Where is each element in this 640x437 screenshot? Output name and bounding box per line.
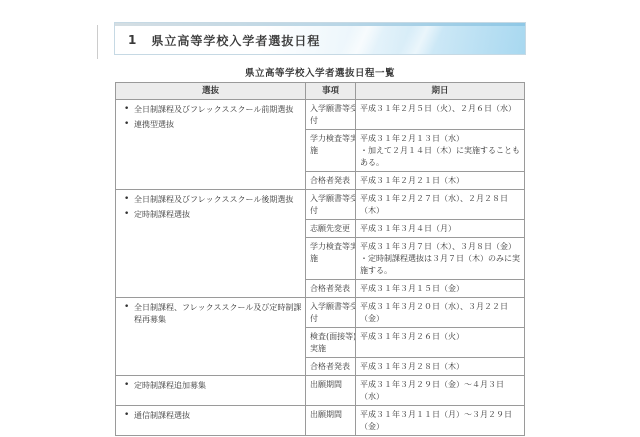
item-cell: 学力検査等実 施 — [306, 130, 356, 172]
bullet-icon: • — [124, 118, 129, 130]
date-cell: 平成３１年３月２８日（木） — [356, 358, 525, 376]
selection-label: 全日制課程及びフレックススクール前期選抜 — [134, 105, 293, 114]
item-cell: 出願期間 — [306, 406, 356, 436]
bullet-icon: • — [124, 379, 129, 391]
selection-label: 全日制課程及びフレックススクール後期選抜 — [134, 195, 293, 204]
table-row: •通信制課程選抜 出願期間 平成３１年３月１１日（月）～３月２９日 （金） — [116, 406, 525, 436]
table-row: •全日制課程、フレックススクール及び定時制課 程再募集 入学願書等受 付 平成３… — [116, 298, 525, 328]
header-selection: 選抜 — [116, 83, 306, 100]
item-cell: 入学願書等受 付 — [306, 100, 356, 130]
bullet-icon: • — [124, 193, 129, 205]
selection-cell: •全日制課程、フレックススクール及び定時制課 程再募集 — [116, 298, 306, 376]
date-cell: 平成３１年３月２９日（金）～４月３日 （水） — [356, 376, 525, 406]
item-cell: 合格者発表 — [306, 358, 356, 376]
selection-label: 定時制課程選抜 — [134, 210, 190, 219]
item-cell: 合格者発表 — [306, 172, 356, 190]
selection-label: 連携型選抜 — [134, 120, 174, 129]
date-cell: 平成３１年３月２０日（水）、３月２２日 （金） — [356, 298, 525, 328]
bullet-icon: • — [124, 208, 129, 220]
item-cell: 検査(面接等) 実施 — [306, 328, 356, 358]
selection-label: 全日制課程、フレックススクール及び定時制課 程再募集 — [134, 303, 301, 324]
selection-label: 定時制課程追加募集 — [134, 381, 206, 390]
date-cell: 平成３１年２月２１日（木） — [356, 172, 525, 190]
item-cell: 学力検査等実 施 — [306, 238, 356, 280]
selection-list-item: •定時制課程追加募集 — [121, 380, 303, 392]
table-caption: 県立高等学校入学者選抜日程一覧 — [0, 65, 640, 79]
selection-cell: •全日制課程及びフレックススクール後期選抜 •定時制課程選抜 — [116, 190, 306, 298]
table-row: •全日制課程及びフレックススクール後期選抜 •定時制課程選抜 入学願書等受 付 … — [116, 190, 525, 220]
item-cell: 志願先変更 — [306, 220, 356, 238]
section-title: 県立高等学校入学者選抜日程 — [151, 32, 320, 49]
table-row: •定時制課程追加募集 出願期間 平成３１年３月２９日（金）～４月３日 （水） — [116, 376, 525, 406]
item-cell: 合格者発表 — [306, 280, 356, 298]
date-cell: 平成３１年３月４日（月） — [356, 220, 525, 238]
selection-list-item: •定時制課程選抜 — [121, 209, 303, 221]
selection-list-item: •連携型選抜 — [121, 119, 303, 131]
selection-cell: •定時制課程追加募集 — [116, 376, 306, 406]
selection-list-item: •全日制課程、フレックススクール及び定時制課 程再募集 — [121, 302, 303, 326]
selection-list-item: •全日制課程及びフレックススクール前期選抜 — [121, 104, 303, 116]
date-cell: 平成３１年３月７日（木）、３月８日（金） ・定時制課程選抜は３月７日（木）のみに… — [356, 238, 525, 280]
date-cell: 平成３１年２月５日（火）、２月６日（水） — [356, 100, 525, 130]
date-cell: 平成３１年３月１１日（月）～３月２９日 （金） — [356, 406, 525, 436]
date-cell: 平成３１年３月１５日（金） — [356, 280, 525, 298]
item-cell: 入学願書等受 付 — [306, 190, 356, 220]
section-banner: 1 県立高等学校入学者選抜日程 — [114, 22, 526, 55]
header-date: 期日 — [356, 83, 525, 100]
selection-list-item: •通信制課程選抜 — [121, 410, 303, 422]
date-cell: 平成３１年２月２７日（水）、２月２８日 （木） — [356, 190, 525, 220]
item-cell: 出願期間 — [306, 376, 356, 406]
item-cell: 入学願書等受 付 — [306, 298, 356, 328]
selection-label: 通信制課程選抜 — [134, 411, 190, 420]
header-item: 事項 — [306, 83, 356, 100]
bullet-icon: • — [124, 301, 129, 313]
table-row: •全日制課程及びフレックススクール前期選抜 •連携型選抜 入学願書等受 付 平成… — [116, 100, 525, 130]
table-header-row: 選抜 事項 期日 — [116, 83, 525, 100]
banner-body: 1 県立高等学校入学者選抜日程 — [115, 26, 525, 54]
selection-cell: •全日制課程及びフレックススクール前期選抜 •連携型選抜 — [116, 100, 306, 190]
selection-cell: •通信制課程選抜 — [116, 406, 306, 436]
bullet-icon: • — [124, 103, 129, 115]
date-cell: 平成３１年２月１３日（水） ・加えて２月１４日（木）に実施することも ある。 — [356, 130, 525, 172]
page-edge-line — [97, 25, 98, 59]
page: { "icons": { "bullet": "•" }, "colors": … — [0, 0, 640, 437]
section-number: 1 — [128, 33, 136, 47]
selection-list-item: •全日制課程及びフレックススクール後期選抜 — [121, 194, 303, 206]
date-cell: 平成３１年３月２６日（火） — [356, 328, 525, 358]
bullet-icon: • — [124, 409, 129, 421]
schedule-table: 選抜 事項 期日 •全日制課程及びフレックススクール前期選抜 •連携型選抜 入学… — [115, 82, 525, 436]
